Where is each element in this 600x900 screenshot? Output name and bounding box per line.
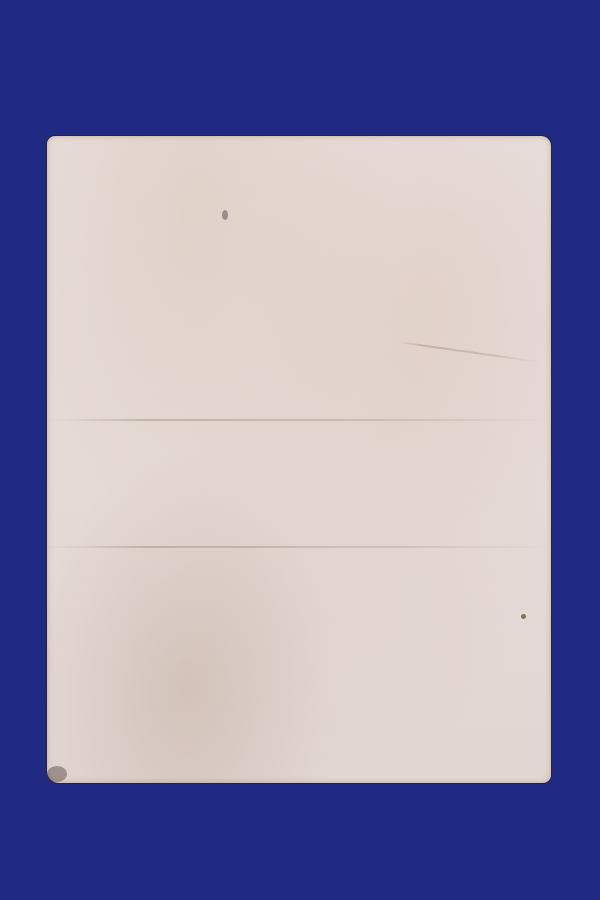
- blank-aged-card: [47, 136, 551, 783]
- dark-spot: [222, 210, 228, 220]
- crease-lower: [47, 546, 551, 548]
- green-speck: [521, 614, 526, 619]
- corner-wear: [47, 766, 67, 782]
- crease-right: [398, 341, 541, 363]
- crease-upper: [47, 419, 551, 421]
